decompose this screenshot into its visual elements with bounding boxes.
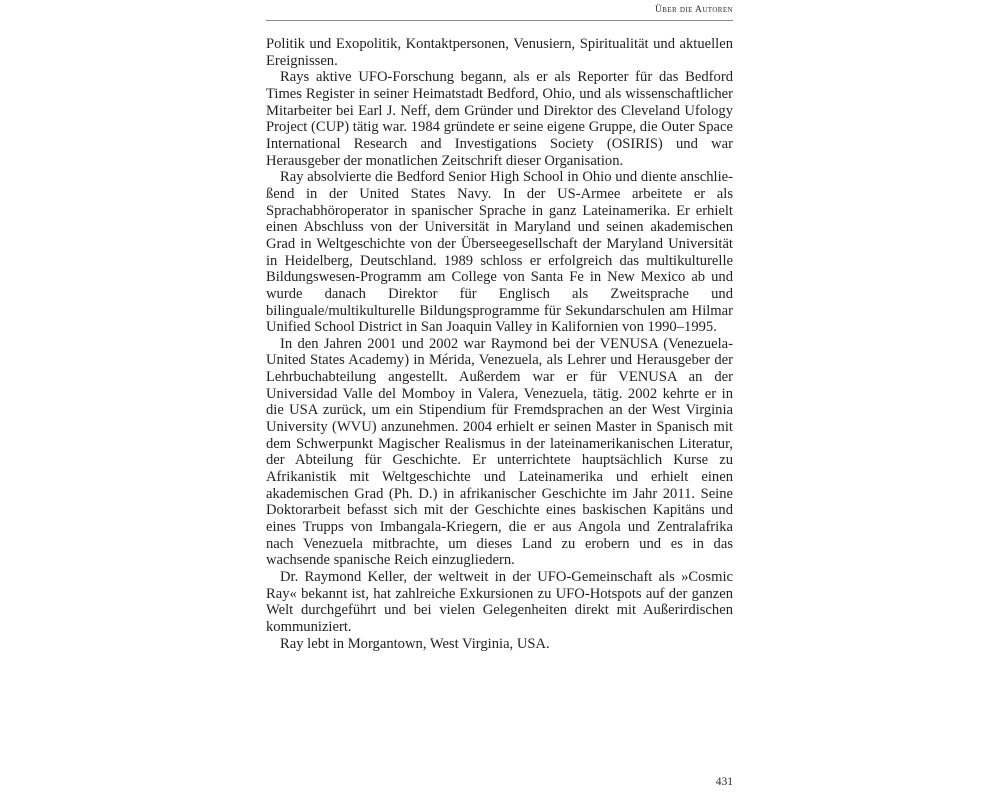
paragraph: Dr. Raymond Keller, der weltweit in der … xyxy=(266,569,733,636)
body-text: Politik und Exopolitik, Kontaktpersonen,… xyxy=(266,36,733,652)
book-page: Über die Autoren Politik und Exopolitik,… xyxy=(266,0,733,800)
header-rule xyxy=(266,20,733,21)
running-head: Über die Autoren xyxy=(655,4,733,15)
paragraph-continued: Politik und Exopolitik, Kontaktpersonen,… xyxy=(266,36,733,69)
paragraph: Ray absolvierte die Bedford Senior High … xyxy=(266,169,733,336)
paragraph: Rays aktive UFO-Forschung begann, als er… xyxy=(266,69,733,169)
page-number: 431 xyxy=(716,776,733,788)
paragraph: In den Jahren 2001 und 2002 war Raymond … xyxy=(266,336,733,569)
paragraph: Ray lebt in Morgantown, West Virginia, U… xyxy=(266,636,733,653)
